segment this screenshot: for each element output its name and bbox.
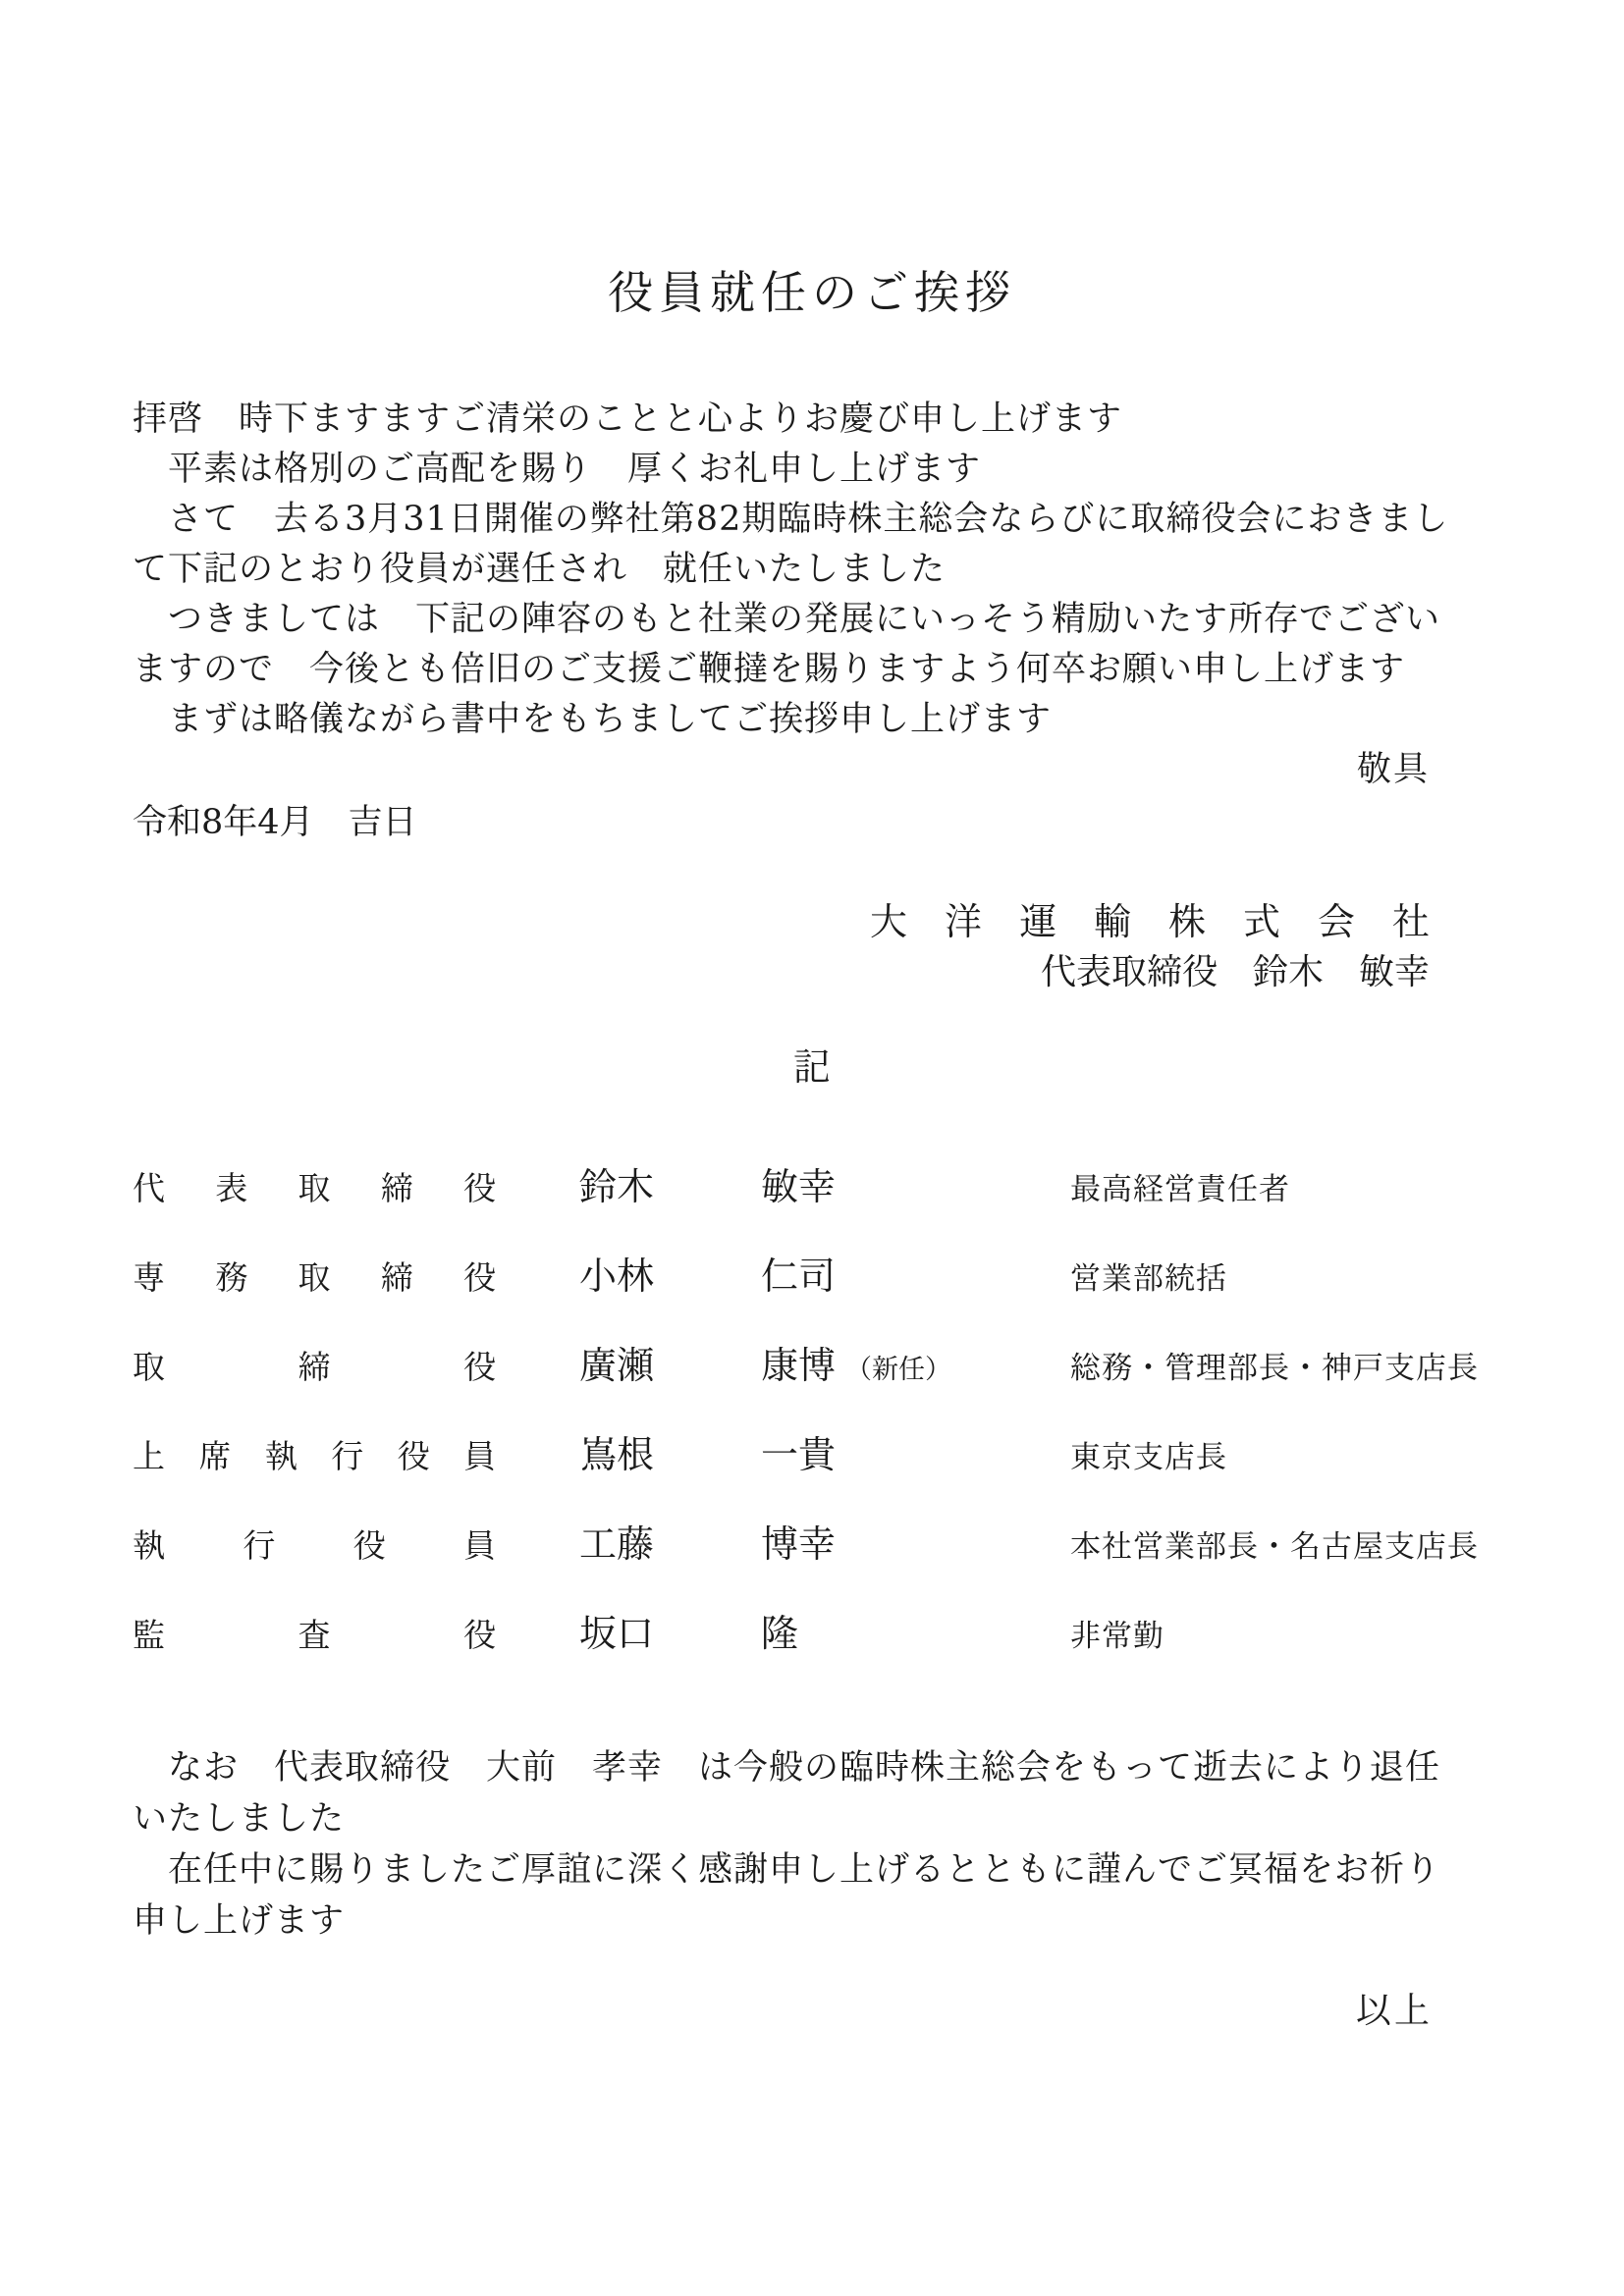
record-mark: 記 bbox=[0, 1037, 1624, 1091]
postscript-paragraphs: なお 代表取締役 大前 孝幸 は今般の臨時株主総会をもって逝去により退任 いたし… bbox=[133, 1742, 1499, 1947]
greeting-line: ますので 今後とも倍旧のご支援ご鞭撻を賜りますよう何卒お願い申し上げます bbox=[133, 645, 1499, 695]
officer-title: 上席執行役員 bbox=[133, 1431, 496, 1477]
officer-surname: 工藤 bbox=[579, 1514, 761, 1568]
officer-role: 最高経営責任者 bbox=[1070, 1164, 1290, 1208]
officer-role: 非常勤 bbox=[1070, 1611, 1164, 1655]
closing-word: 敬具 bbox=[1357, 742, 1430, 791]
officer-given-name: 敏幸 bbox=[761, 1156, 836, 1210]
officer-name: 工藤 博幸 bbox=[579, 1514, 1070, 1568]
officer-note: （新任） bbox=[845, 1348, 951, 1386]
officer-surname: 坂口 bbox=[579, 1603, 761, 1657]
officer-row: 執行役員 工藤 博幸 本社営業部長・名古屋支店長 bbox=[133, 1514, 1499, 1603]
officer-title: 取締役 bbox=[133, 1342, 496, 1388]
greeting-line: まずは略儀ながら書中をもちましてご挨拶申し上げます bbox=[133, 695, 1499, 745]
officer-name: 鈴木 敏幸 bbox=[579, 1156, 1070, 1210]
postscript-line: なお 代表取締役 大前 孝幸 は今般の臨時株主総会をもって逝去により退任 bbox=[133, 1742, 1499, 1793]
officer-role: 本社営業部長・名古屋支店長 bbox=[1070, 1522, 1479, 1566]
officer-surname: 廣瀬 bbox=[579, 1335, 761, 1389]
officer-name: 嶌根 一貴 bbox=[579, 1424, 1070, 1478]
end-mark: 以上 bbox=[1356, 1983, 1433, 2033]
greeting-line: て下記のとおり役員が選任され 就任いたしました bbox=[133, 545, 1499, 595]
officer-role: 営業部統括 bbox=[1070, 1254, 1227, 1298]
representative-name: 代表取締役 鈴木 敏幸 bbox=[1041, 944, 1430, 994]
officer-title: 専務取締役 bbox=[133, 1253, 496, 1299]
officer-given-name: 隆 bbox=[761, 1603, 798, 1657]
postscript-line: いたしました bbox=[133, 1793, 1499, 1844]
officer-row: 代表取締役 鈴木 敏幸 最高経営責任者 bbox=[133, 1156, 1499, 1246]
officer-role: 東京支店長 bbox=[1070, 1432, 1227, 1476]
officer-surname: 嶌根 bbox=[579, 1424, 761, 1478]
officer-row: 監査役 坂口 隆 非常勤 bbox=[133, 1603, 1499, 1692]
greeting-line: さて 去る3月31日開催の弊社第82期臨時株主総会ならびに取締役会におきまし bbox=[133, 495, 1499, 545]
officer-name: 小林 仁司 bbox=[579, 1246, 1070, 1300]
officer-surname: 鈴木 bbox=[579, 1156, 761, 1210]
officer-surname: 小林 bbox=[579, 1246, 761, 1300]
officer-title: 監査役 bbox=[133, 1610, 496, 1656]
page-title: 役員就任のご挨拶 bbox=[0, 257, 1624, 322]
officer-title: 代表取締役 bbox=[133, 1163, 496, 1209]
officer-row: 取締役 廣瀬 康博 （新任） 総務・管理部長・神戸支店長 bbox=[133, 1335, 1499, 1424]
officer-row: 上席執行役員 嶌根 一貴 東京支店長 bbox=[133, 1424, 1499, 1514]
greeting-paragraphs: 拝啓 時下ますますご清栄のことと心よりお慶び申し上げます 平素は格別のご高配を賜… bbox=[133, 395, 1499, 745]
greeting-line: つきましては 下記の陣容のもと社業の発展にいっそう精励いたす所存でござい bbox=[133, 595, 1499, 645]
officer-given-name: 一貴 bbox=[761, 1424, 836, 1478]
officer-given-name: 博幸 bbox=[761, 1514, 836, 1568]
postscript-line: 申し上げます bbox=[133, 1896, 1499, 1947]
officer-name: 坂口 隆 bbox=[579, 1603, 1070, 1657]
officer-title: 執行役員 bbox=[133, 1521, 496, 1567]
officer-role: 総務・管理部長・神戸支店長 bbox=[1070, 1343, 1479, 1387]
officer-given-name: 康博 bbox=[761, 1335, 836, 1389]
date-line: 令和8年4月 吉日 bbox=[133, 795, 417, 844]
officer-row: 専務取締役 小林 仁司 営業部統括 bbox=[133, 1246, 1499, 1335]
greeting-line: 拝啓 時下ますますご清栄のことと心よりお慶び申し上げます bbox=[133, 395, 1499, 445]
letter-page: 役員就任のご挨拶 拝啓 時下ますますご清栄のことと心よりお慶び申し上げます 平素… bbox=[0, 0, 1624, 2296]
greeting-line: 平素は格別のご高配を賜り 厚くお礼申し上げます bbox=[133, 445, 1499, 495]
officer-list: 代表取締役 鈴木 敏幸 最高経営責任者 専務取締役 小林 仁司 営業部統括 取締… bbox=[133, 1156, 1499, 1692]
company-name: 大 洋 運 輸 株 式 会 社 bbox=[870, 891, 1430, 945]
officer-name: 廣瀬 康博 （新任） bbox=[579, 1335, 1070, 1389]
officer-given-name: 仁司 bbox=[761, 1246, 836, 1300]
postscript-line: 在任中に賜りましたご厚誼に深く感謝申し上げるとともに謹んでご冥福をお祈り bbox=[133, 1844, 1499, 1896]
